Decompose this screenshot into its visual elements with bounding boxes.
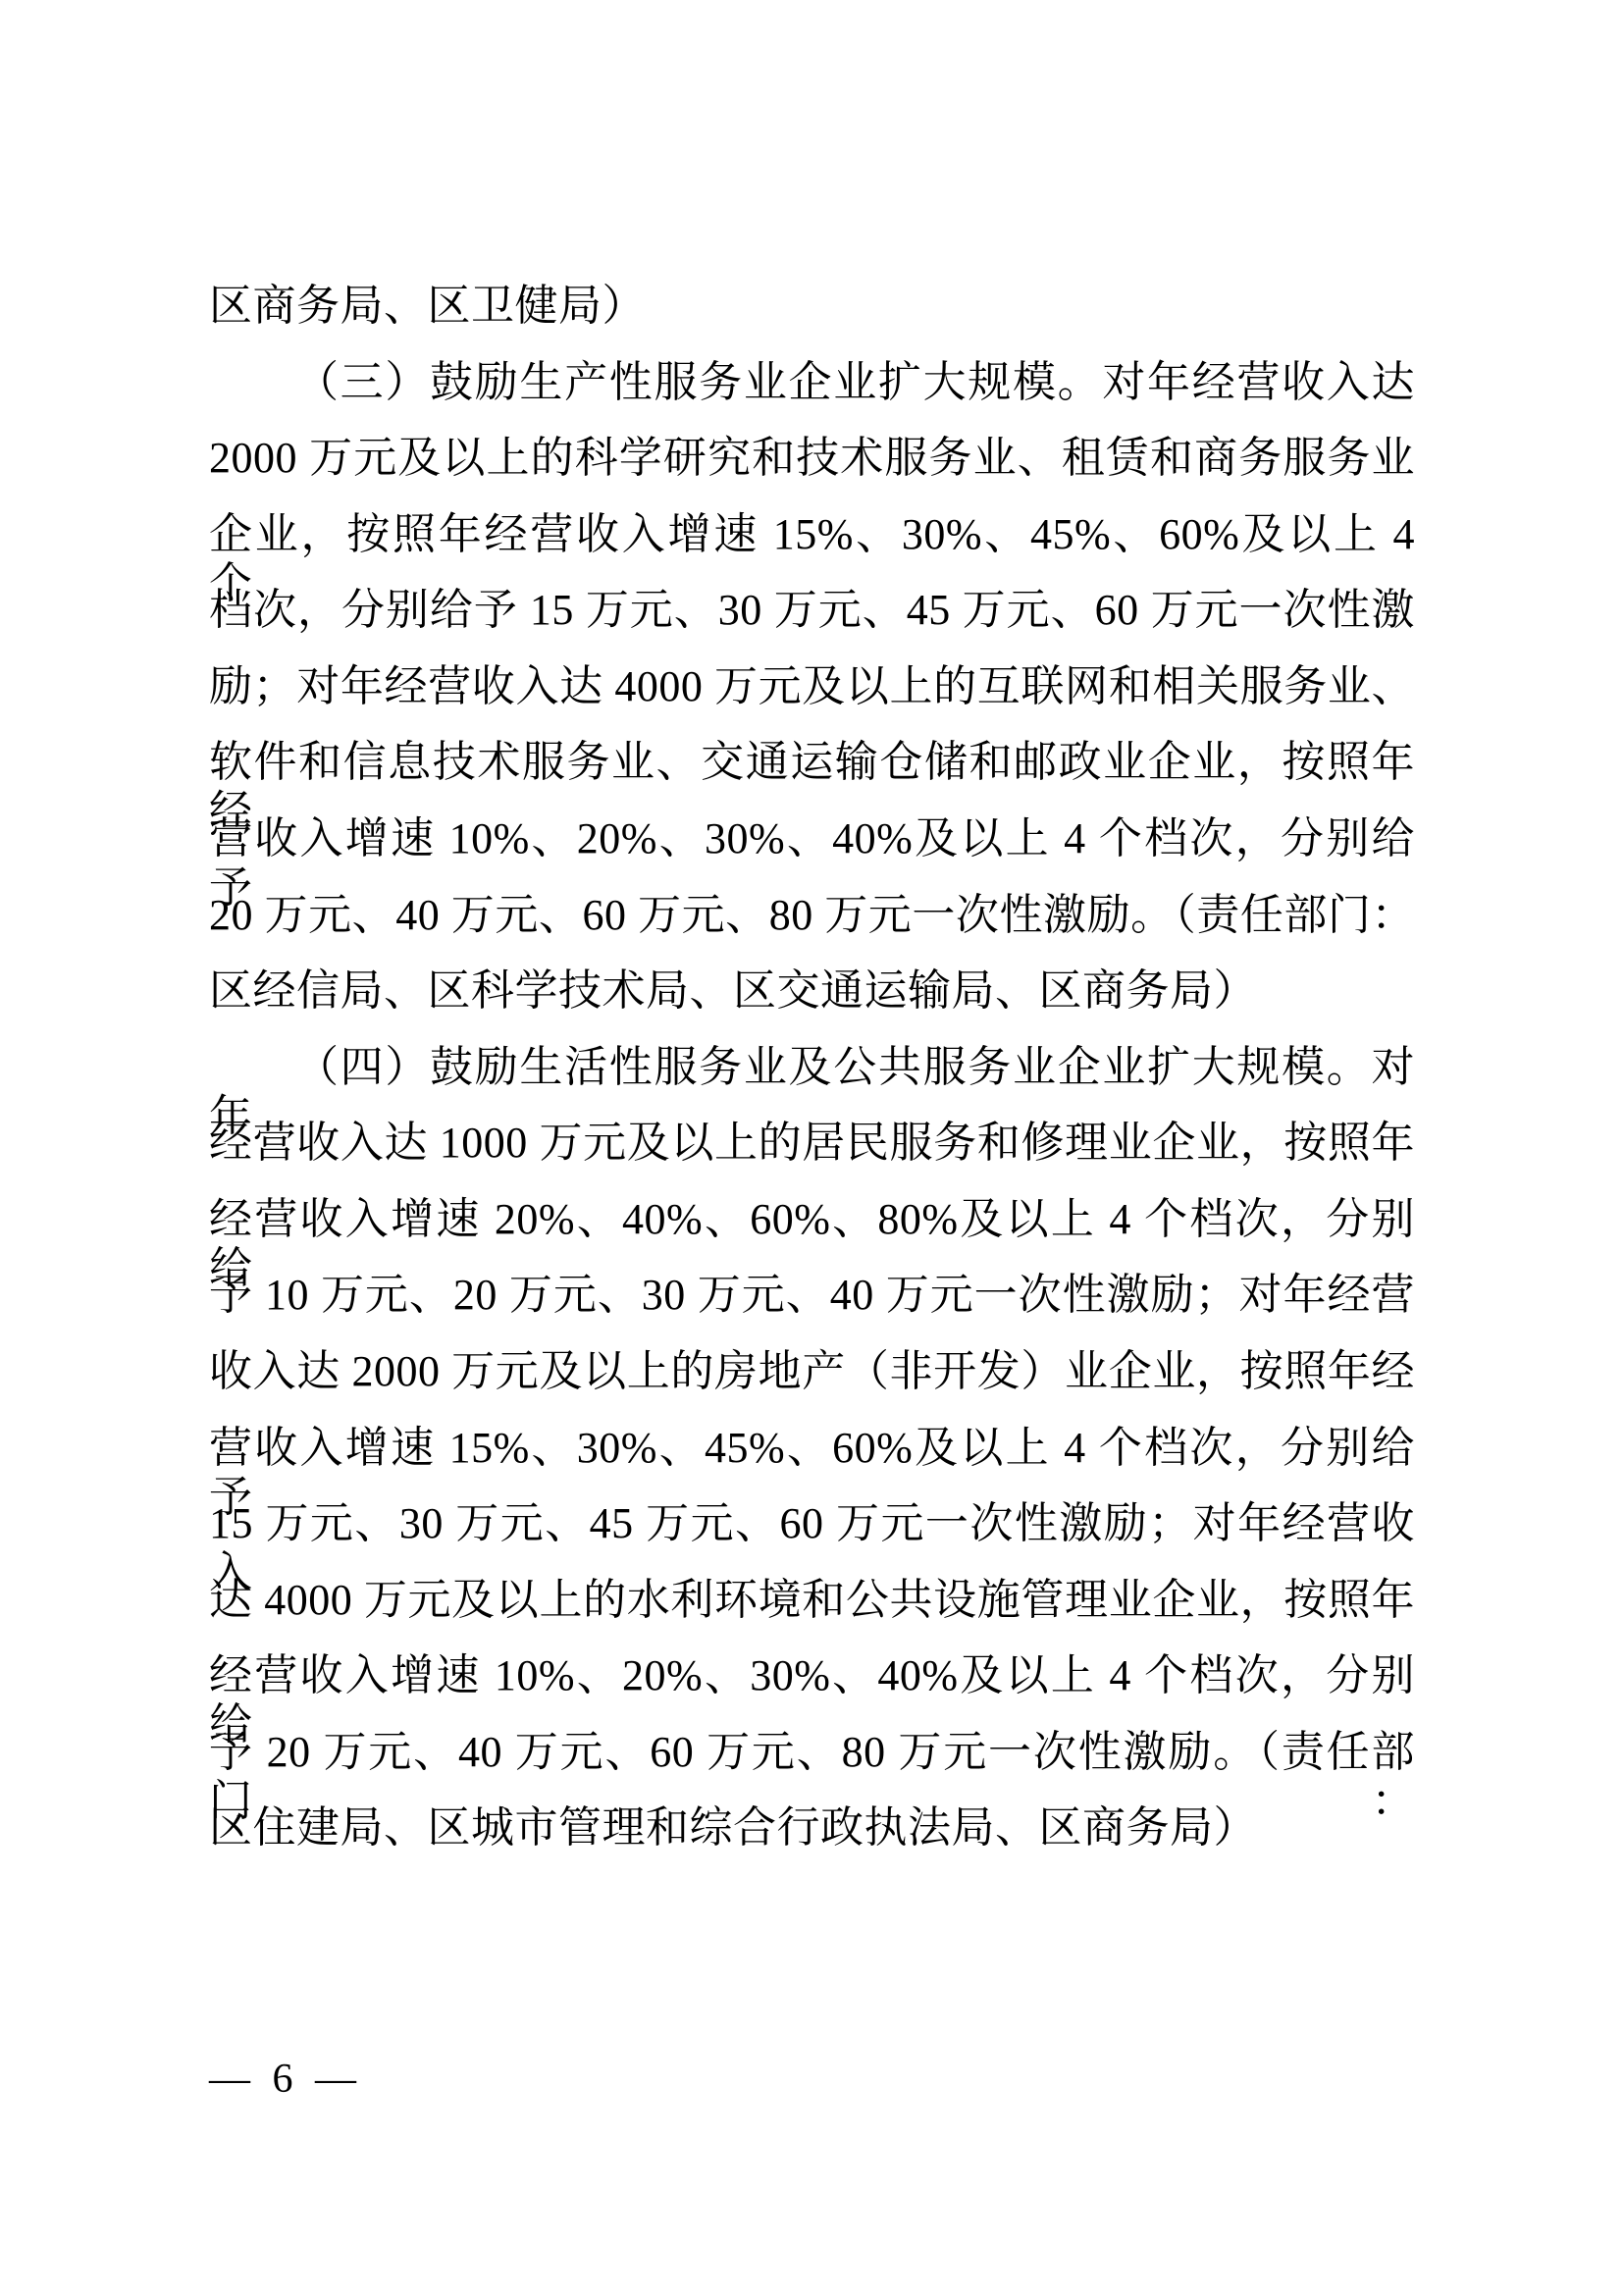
text-line: 予 10 万元、20 万元、30 万元、40 万元一次性激励；对年经营 [209,1271,1415,1320]
text-line: 收入达 2000 万元及以上的房地产（非开发）业企业，按照年经 [209,1347,1415,1396]
text-line: 经营收入达 1000 万元及以上的居民服务和修理业企业，按照年 [209,1119,1415,1168]
page-number: — 6 — [209,2057,362,2102]
document-page: 区商务局、区卫健局）（三）鼓励生产性服务业企业扩大规模。对年经营收入达2000 … [0,0,1623,2296]
text-line: 20 万元、40 万元、60 万元、80 万元一次性激励。（责任部门： [209,891,1415,940]
text-line: 达 4000 万元及以上的水利环境和公共设施管理业企业，按照年 [209,1576,1415,1625]
text-line: 区住建局、区城市管理和综合行政执法局、区商务局） [209,1803,1415,1852]
text-line: 区经信局、区科学技术局、区交通运输局、区商务局） [209,966,1415,1016]
text-line: 档次，分别给予 15 万元、30 万元、45 万元、60 万元一次性激 [209,586,1415,635]
text-line: 2000 万元及以上的科学研究和技术服务业、租赁和商务服务业 [209,434,1415,483]
text-line: 区商务局、区卫健局） [209,282,1415,331]
text-line: （三）鼓励生产性服务业企业扩大规模。对年经营收入达 [209,358,1415,407]
text-line: 励；对年经营收入达 4000 万元及以上的互联网和相关服务业、 [209,662,1415,711]
